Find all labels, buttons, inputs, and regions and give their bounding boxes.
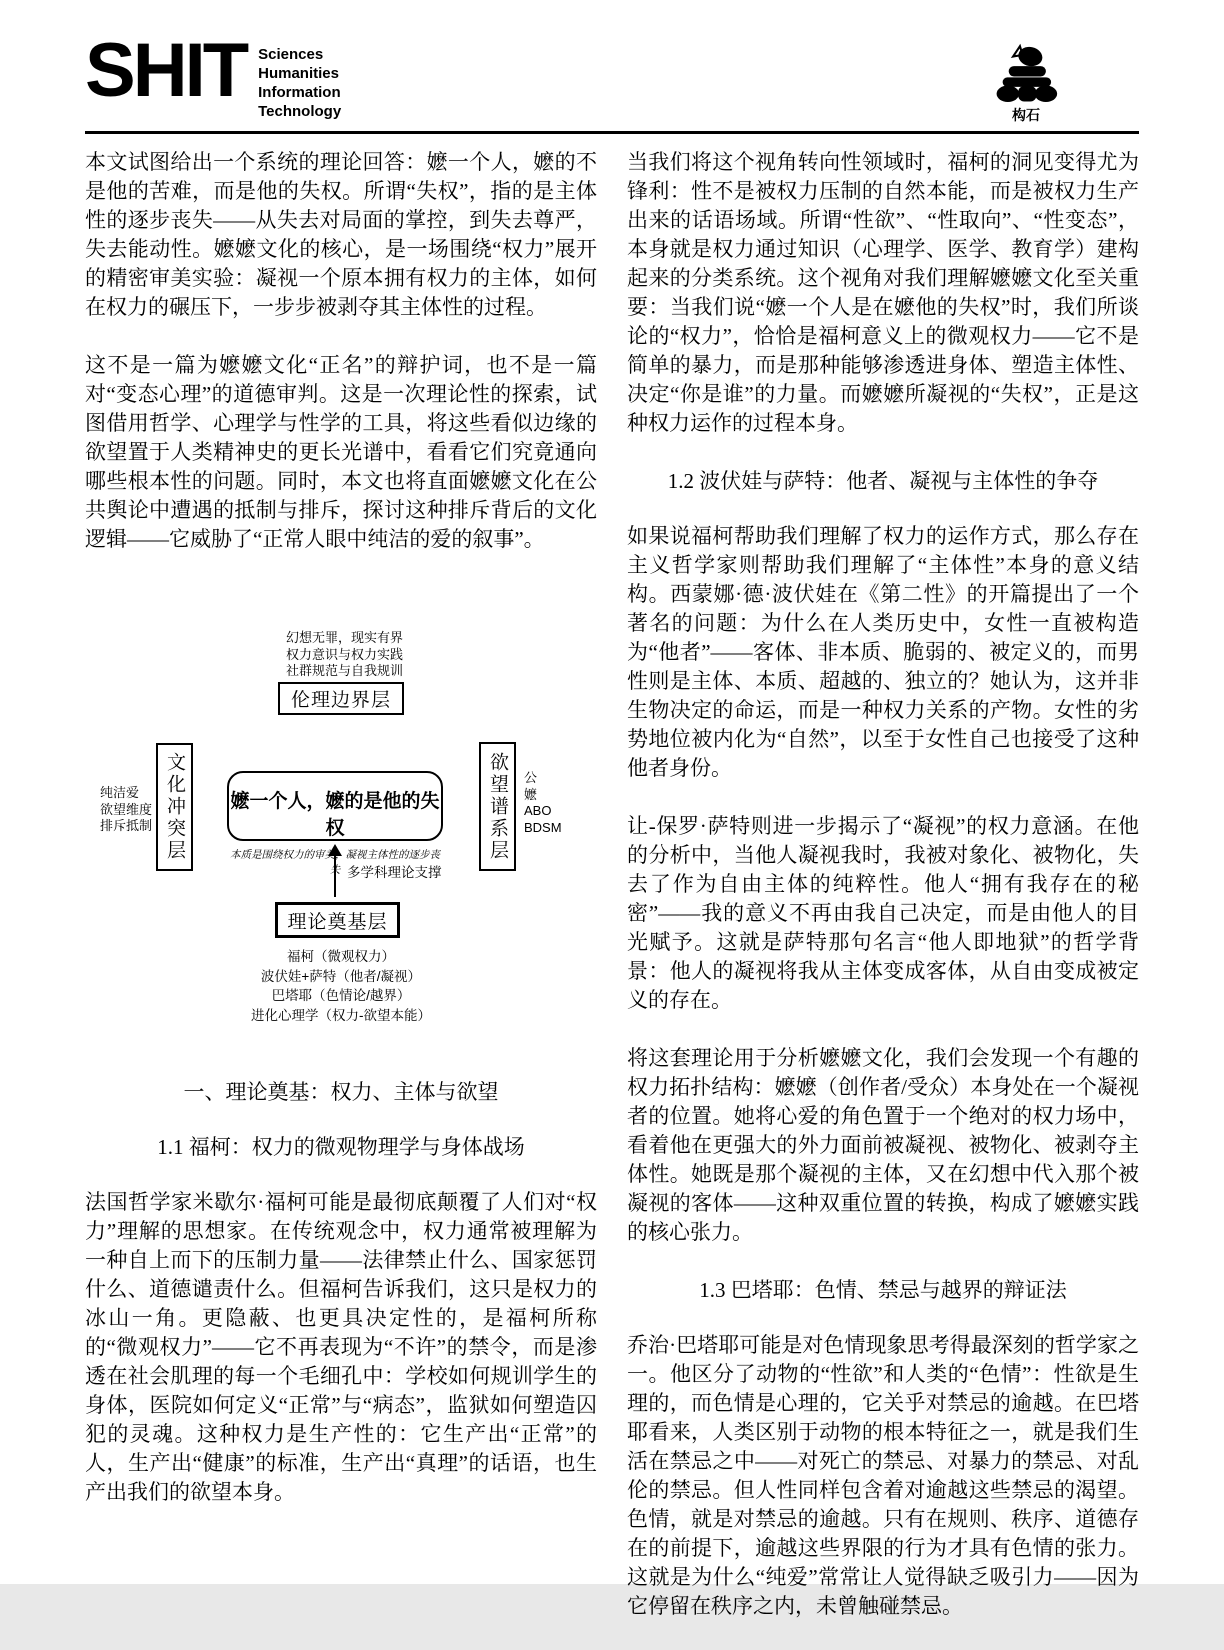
diagram-core-thesis-box: 嬷一个人，嬷的是他的失权 本质是围绕权力的审美，凝视主体性的逐步丧失 (227, 771, 443, 841)
right-column: 当我们将这个视角转向性领域时，福柯的洞见变得尤为锋利：性不是被权力压制的自然本能… (627, 148, 1139, 1650)
logo-word-information: Information (258, 83, 341, 102)
diagram-theory-layer-box: 理论奠基层 (275, 902, 400, 938)
section-heading-1: 一、理论奠基：权力、主体与欲望 (85, 1078, 597, 1107)
paragraph: 乔治·巴塔耶可能是对色情现象思考得最深刻的哲学家之一。他区分了动物的“性欲”和人… (627, 1331, 1139, 1621)
rock-pile-icon (994, 42, 1058, 104)
logo-word-sciences: Sciences (258, 45, 341, 64)
journal-logo-group: SHIT Sciences Humanities Information Tec… (85, 38, 341, 121)
diagram-culture-note: 纯洁爱 欲望维度 排斥抵制 (100, 785, 152, 835)
paragraph: 这不是一篇为嬷嬷文化“正名”的辩护词，也不是一篇对“变态心理”的道德审判。这是一… (85, 351, 597, 554)
diagram-ethics-layer-box: 伦理边界层 (278, 682, 404, 715)
paragraph: 如果说福柯帮助我们理解了权力的运作方式，那么存在主义哲学家则帮助我们理解了“主体… (627, 522, 1139, 783)
diagram-ethics-note: 幻想无罪，现实有界 权力意识与权力实践 社群规范与自我规训 (286, 630, 403, 680)
paragraph: 法国哲学家米歇尔·福柯可能是最彻底颠覆了人们对“权力”理解的思想家。在传统观念中… (85, 1188, 597, 1507)
article-body: 本文试图给出一个系统的理论回答：嬷一个人，嬷的不是他的苦难，而是他的失权。所谓“… (85, 148, 1139, 1650)
journal-logo-words: Sciences Humanities Information Technolo… (258, 38, 341, 121)
paragraph: 本文试图给出一个系统的理论回答：嬷一个人，嬷的不是他的苦难，而是他的失权。所谓“… (85, 148, 597, 322)
up-arrow-line (334, 855, 336, 897)
paragraph: 当我们将这个视角转向性领域时，福柯的洞见变得尤为锋利：性不是被权力压制的自然本能… (627, 148, 1139, 438)
diagram-culture-layer-box: 文化冲突层 (156, 743, 193, 871)
header-rule (85, 131, 1139, 134)
diagram-arrow-label: 多学科理论支撑 (347, 861, 442, 881)
diagram-desire-layer-box: 欲望谱系层 (479, 742, 516, 871)
diagram-theory-list: 福柯（微观权力） 波伏娃+萨特（他者/凝视） 巴塔耶（色情论/越界） 进化心理学… (85, 947, 597, 1025)
subsection-heading-1-3: 1.3 巴塔耶：色情、禁忌与越界的辩证法 (627, 1276, 1139, 1305)
publisher-brand: 构石 (983, 38, 1069, 125)
diagram-core-title: 嬷一个人，嬷的是他的失权 (229, 786, 441, 840)
subsection-heading-1-2: 1.2 波伏娃与萨特：他者、凝视与主体性的争夺 (627, 467, 1139, 496)
power-structure-diagram: 幻想无罪，现实有界 权力意识与权力实践 社群规范与自我规训 伦理边界层 纯洁爱 … (85, 592, 597, 1044)
paragraph: 将这套理论用于分析嬷嬷文化，我们会发现一个有趣的权力拓扑结构：嬷嬷（创作者/受众… (627, 1044, 1139, 1247)
logo-word-humanities: Humanities (258, 64, 341, 83)
left-column: 本文试图给出一个系统的理论回答：嬷一个人，嬷的不是他的苦难，而是他的失权。所谓“… (85, 148, 597, 1650)
document-page: SHIT Sciences Humanities Information Tec… (0, 0, 1224, 1584)
diagram-desire-note: 公 嬷 ABO BDSM (524, 770, 562, 836)
journal-logo: SHIT (85, 38, 246, 105)
brand-label: 构石 (983, 105, 1069, 125)
logo-word-technology: Technology (258, 102, 341, 121)
subsection-heading-1-1: 1.1 福柯：权力的微观物理学与身体战场 (85, 1133, 597, 1162)
paragraph: 让-保罗·萨特则进一步揭示了“凝视”的权力意涵。在他的分析中，当他人凝视我时，我… (627, 812, 1139, 1015)
journal-masthead: SHIT Sciences Humanities Information Tec… (85, 38, 1139, 125)
